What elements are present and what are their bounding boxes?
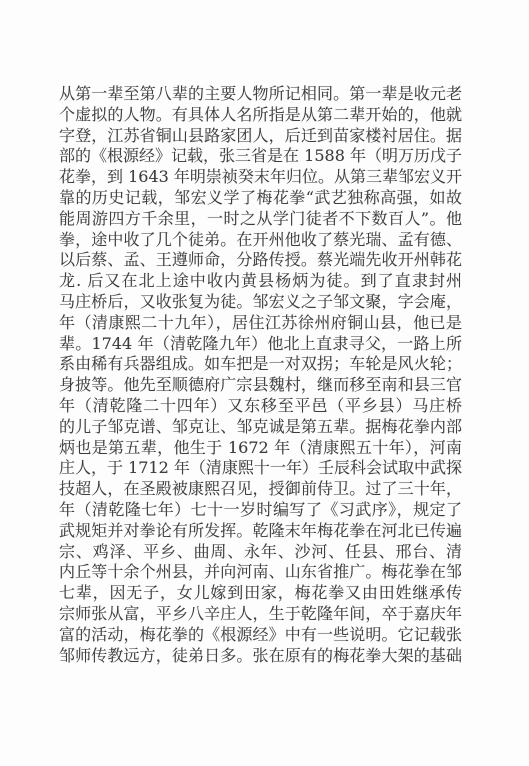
text-line: 七辈，因无子，女儿嫁到田家，梅花拳又由田姓继承传播。第八辈 bbox=[59, 583, 462, 604]
text-line: 辈。1744 年（清乾隆九年）他北上直隶寻父，一路上所推的独轮车 bbox=[59, 334, 462, 355]
text-line: 宗师张从富，平乡八辛庄人，生于乾隆年间，卒于嘉庆年间。张从 bbox=[59, 604, 462, 625]
text-line: 年（清康熙二十九年），居住江苏徐州府铜山县，他已是梅花拳第四 bbox=[59, 313, 462, 334]
text-line: 从第一辈至第八辈的主要人物所记相同。第一辈是收元老祖，这是 bbox=[59, 84, 462, 105]
text-line: 年（清乾隆二十四年）又东移至平邑（平乡县）马庄桥村。邹文聚 bbox=[59, 396, 462, 417]
text-line: 字登，江苏省铜山县路家团人，后迁到苗家楼衬居住。据梅花拳内 bbox=[59, 126, 462, 147]
text-line: 靠的历史记载，邹宏义学了梅花拳“武艺独称高强，如故门名将， bbox=[59, 188, 462, 209]
text-line: 炳也是第五辈，他生于 1672 年（清康熙五十年），河南内黄县八里 bbox=[59, 438, 462, 459]
document-page: 从第一辈至第八辈的主要人物所记相同。第一辈是收元老祖，这是个虚拟的人物。有具体人… bbox=[0, 0, 529, 766]
text-line: 内丘等十余个州县，并向河南、山东省推广。梅花拳在邹家传至第 bbox=[59, 562, 462, 583]
text-line: 宗、鸡泽、平乡、曲周、永年、沙河、任县、邢台、清河、威县、 bbox=[59, 542, 462, 563]
text-line: 年（清乾隆七年）七十一岁时编写了《习武序》，规定了梅花拳的习 bbox=[59, 500, 462, 521]
text-line: 以后蔡、孟、王遵师命，分路传授。蔡光端先收开州韩花礼、孙盘 bbox=[59, 250, 462, 271]
text-line: 个虚拟的人物。有具体人名所指是从第二辈开始的，他就是张三省， bbox=[59, 105, 462, 126]
text-line: 的儿子邹克谱、邹克让、邹克诚是第五辈。据梅花拳内部记载，杨 bbox=[59, 417, 462, 438]
text-line: 拳，途中收了几个徒弟。在开州他收了蔡光瑞、孟有德、王西征。 bbox=[59, 230, 462, 251]
text-line: 部的《根源经》记载，张三省是在 1588 年（明万历戊子年）学的梅 bbox=[59, 146, 462, 167]
text-line: 庄人，于 1712 年（清康熙十一年）壬辰科会试取中武探花。因他武 bbox=[59, 458, 462, 479]
text-line: 武规矩并对拳论有所发挥。乾隆末年梅花拳在河北已传遍巨鹿、广 bbox=[59, 521, 462, 542]
text-line: 系由稀有兵器组成。如车把是一对双拐；车轮是风火轮；车架是护 bbox=[59, 354, 462, 375]
text-line: 马庄桥后，又收张复为徒。邹宏义之子邹文聚，字会庵，生于 1690 bbox=[59, 292, 462, 313]
text-line: 技超人，在圣殿被康熙召见，授御前侍卫。过了三十年，他于 1742 bbox=[59, 479, 462, 500]
text-line: 邹师传教远方，徒弟日多。张在原有的梅花拳大架的基础上，又创 bbox=[59, 646, 462, 667]
text-line: 能周游四方千余里，一时之从学门徒者不下数百人”。他北上直隶传 bbox=[59, 209, 462, 230]
body-text: 从第一辈至第八辈的主要人物所记相同。第一辈是收元老祖，这是个虚拟的人物。有具体人… bbox=[59, 84, 462, 666]
text-line: 身披等。他先至顺德府广宗县魏村，继而移至南和县三官殿。1759 bbox=[59, 375, 462, 396]
text-line: 龙. 后又在北上途中收内黄县杨炳为徒。到了直隶封州（今平乡县） bbox=[59, 271, 462, 292]
text-line: 花拳，到 1643 年明崇祯癸末年归位。从第三辈邹宏义开始才有了可 bbox=[59, 167, 462, 188]
text-line: 富的活动，梅花拳的《根源经》中有一些说明。它记载张从富曾同 bbox=[59, 625, 462, 646]
